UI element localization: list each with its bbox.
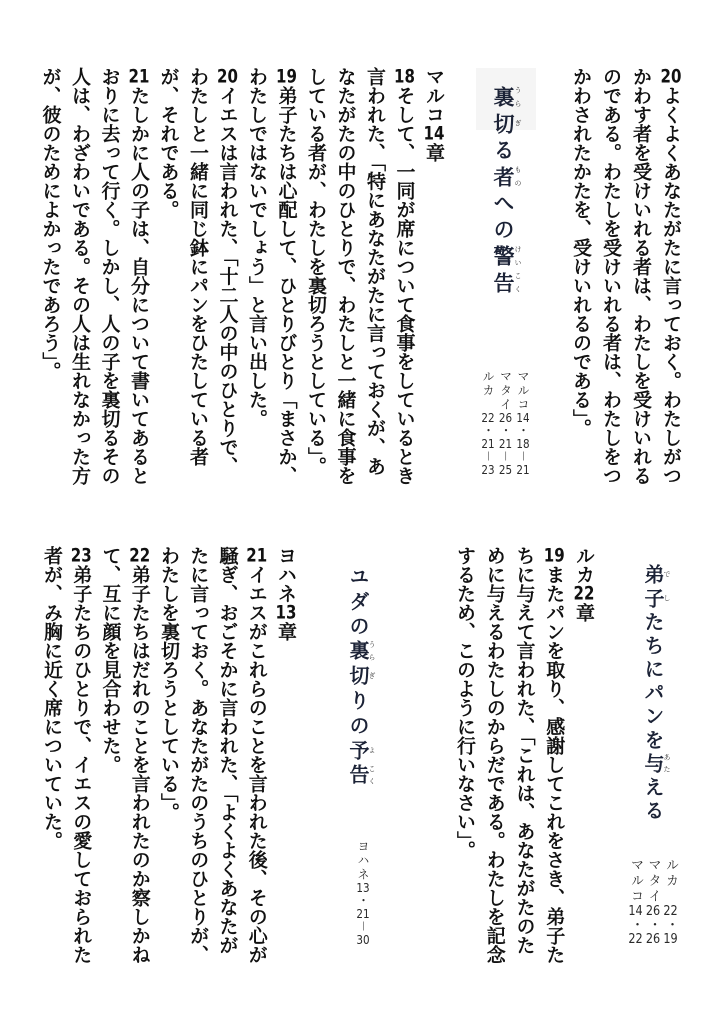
title-char: 告こく [491,272,515,299]
verse-line: て、互に顔を見合わせた。 [95,546,124,964]
verse-number: 23 [70,546,92,565]
scripture-reference: マタイ26・26 [644,858,662,946]
verse-line: 19弟子たちは心配して、ひとりびとり「まさか、 [271,67,301,485]
furigana: こく [368,764,376,789]
scripture-reference: マルコ14・22 [627,858,645,946]
furigana: よ [368,740,376,765]
verse-line: めに与えるわたしのからだである。わたしを記念 [479,546,509,964]
title-char: 与あた [641,753,665,777]
verse-line: ちに与えて言われた、「これは、あなたがたのた [509,546,539,964]
verse-line: が、それである。 [153,67,183,485]
scripture-reference: ルカ22・19 [662,858,680,946]
scripture-reference: マタイ26・21－25 [496,370,514,476]
title-text: える [641,776,665,823]
verse-line: している者が、わたしを裏切ろうとしている」。 [301,67,331,485]
verse-number: 21 [246,546,268,565]
furigana: こく [514,272,522,299]
title-char: 子し [641,588,665,612]
verse-line: 者が、み胸に近く席についていた。 [37,546,66,964]
verse-line: 22弟子たちはだれのことを言われたのか察しかね [125,546,154,964]
verse-line: 20イエスは言われた、「十二人の中のひとりで、 [212,67,242,485]
section-title: 裏うら切ぎる者ものへの警けい告こく [492,86,522,298]
scripture-reference: ルカ22・21－23 [479,370,497,476]
furigana: で [663,564,671,588]
passage-heading: ヨハネ13章 [271,546,300,964]
verse-number: 22 [129,546,151,565]
verse-text: よくよくあなたがたに言っておく。わたしがつ [660,86,682,485]
verse-line: わたしを裏切ろうとしている」。 [154,546,183,964]
title-char: 者もの [491,166,515,193]
title-char: 告こく [346,764,370,789]
furigana: ぎ [368,665,376,690]
verse-line: 人は、わざわいである。その人は生れなかった方 [65,67,95,485]
verse-line: 21たしかに人の子は、自分について書いてあると [124,67,154,485]
furigana: し [663,588,671,612]
scripture-references: ルカ22・19 マタイ26・26 マルコ14・22 [627,858,680,946]
verse-line: 21イエスがこれらのことを言われた後、その心が [242,546,271,964]
scripture-references: マルコ14・18－21 マタイ26・21－25 ルカ22・21－23 [479,370,532,476]
title-text: りの [346,690,370,740]
verse-number: 19 [543,546,565,565]
verse-number: 20 [217,67,239,86]
verse-line: 騒ぎ、おごそかに言われた、「よくよくあなたが [212,546,241,964]
passage: ルカ22章 19またパンを取り、感謝してこれをさき、弟子た ちに与えて言われた、… [449,546,598,964]
verse-line: かわす者を受けいれる者は、わたしを受けいれる [626,67,656,485]
verse-line: 19またパンを取り、感謝してこれをさき、弟子た [539,546,569,964]
title-text: る [491,139,515,166]
scripture-reference: マルコ14・18－21 [514,370,532,476]
furigana: けい [514,245,522,272]
title-text: ユダの [346,566,370,640]
verse-line: 20よくよくあなたがたに言っておく。わたしがつ [656,67,686,485]
verse-line: するため、このように行いなさい」。 [449,546,479,964]
title-char: 予よ [346,740,370,765]
title-char: 裏うら [346,640,370,665]
furigana: うら [368,640,376,665]
verse-number: 21 [128,67,150,86]
title-text: への [491,192,515,245]
verse-line: たに言っておく。あなたがたのうちのひとりが、 [183,546,212,964]
verse-number: 18 [394,67,416,86]
furigana: ぎ [514,113,522,140]
verse-line: なたがたの中のひとりで、わたしと一緒に食事を [330,67,360,485]
verse-line: かわされたかたを、受けいれるのである」。 [566,67,596,485]
verse-line: おりに去って行く。しかし、人の子を裏切るその [94,67,124,485]
title-text: たちにパンを [641,611,665,753]
furigana: うら [514,86,522,113]
continued-passage: 20よくよくあなたがたに言っておく。わたしがつ かわす者を受けいれる者は、わたし… [566,67,686,485]
verse-line: 23弟子たちのひとりで、イエスの愛しておられた [66,546,95,964]
scripture-reference: ヨハネ13・21－30 [354,840,372,946]
verse-number: 20 [660,67,682,86]
passage-heading: ルカ22章 [568,546,598,964]
passage: ヨハネ13章 21イエスがこれらのことを言われた後、その心が 騒ぎ、おごそかに言… [37,546,300,964]
passage-heading: マルコ14章 [419,67,449,485]
verse-line: わたしではないでしょう」と言い出した。 [242,67,272,485]
title-char: 裏うら [491,86,515,113]
scripture-references: ヨハネ13・21－30 [354,840,372,946]
section-title: ユダの裏うら切ぎりの予よ告こく [348,566,376,789]
section-title: 弟で子したちにパンを与あたえる [643,564,671,824]
verse-line: のである。わたしを受けいれる者は、わたしをつ [596,67,626,485]
title-char: 切ぎ [491,113,515,140]
verse-line: 18そして、一同が席について食事をしているとき [389,67,419,485]
title-char: 警けい [491,245,515,272]
title-char: 弟で [641,564,665,588]
verse-line: わたしと一緒に同じ鉢にパンをひたしている者 [183,67,213,485]
passage: マルコ14章 18そして、一同が席について食事をしているとき 言われた、「特にあ… [35,67,448,485]
verse-line: が、彼のためによかったであろう」。 [35,67,65,485]
furigana: もの [514,166,522,193]
furigana: あた [663,753,671,777]
verse-number: 19 [276,67,298,86]
verse-line: 言われた、「特にあなたがたに言っておくが、あ [360,67,390,485]
title-char: 切ぎ [346,665,370,690]
